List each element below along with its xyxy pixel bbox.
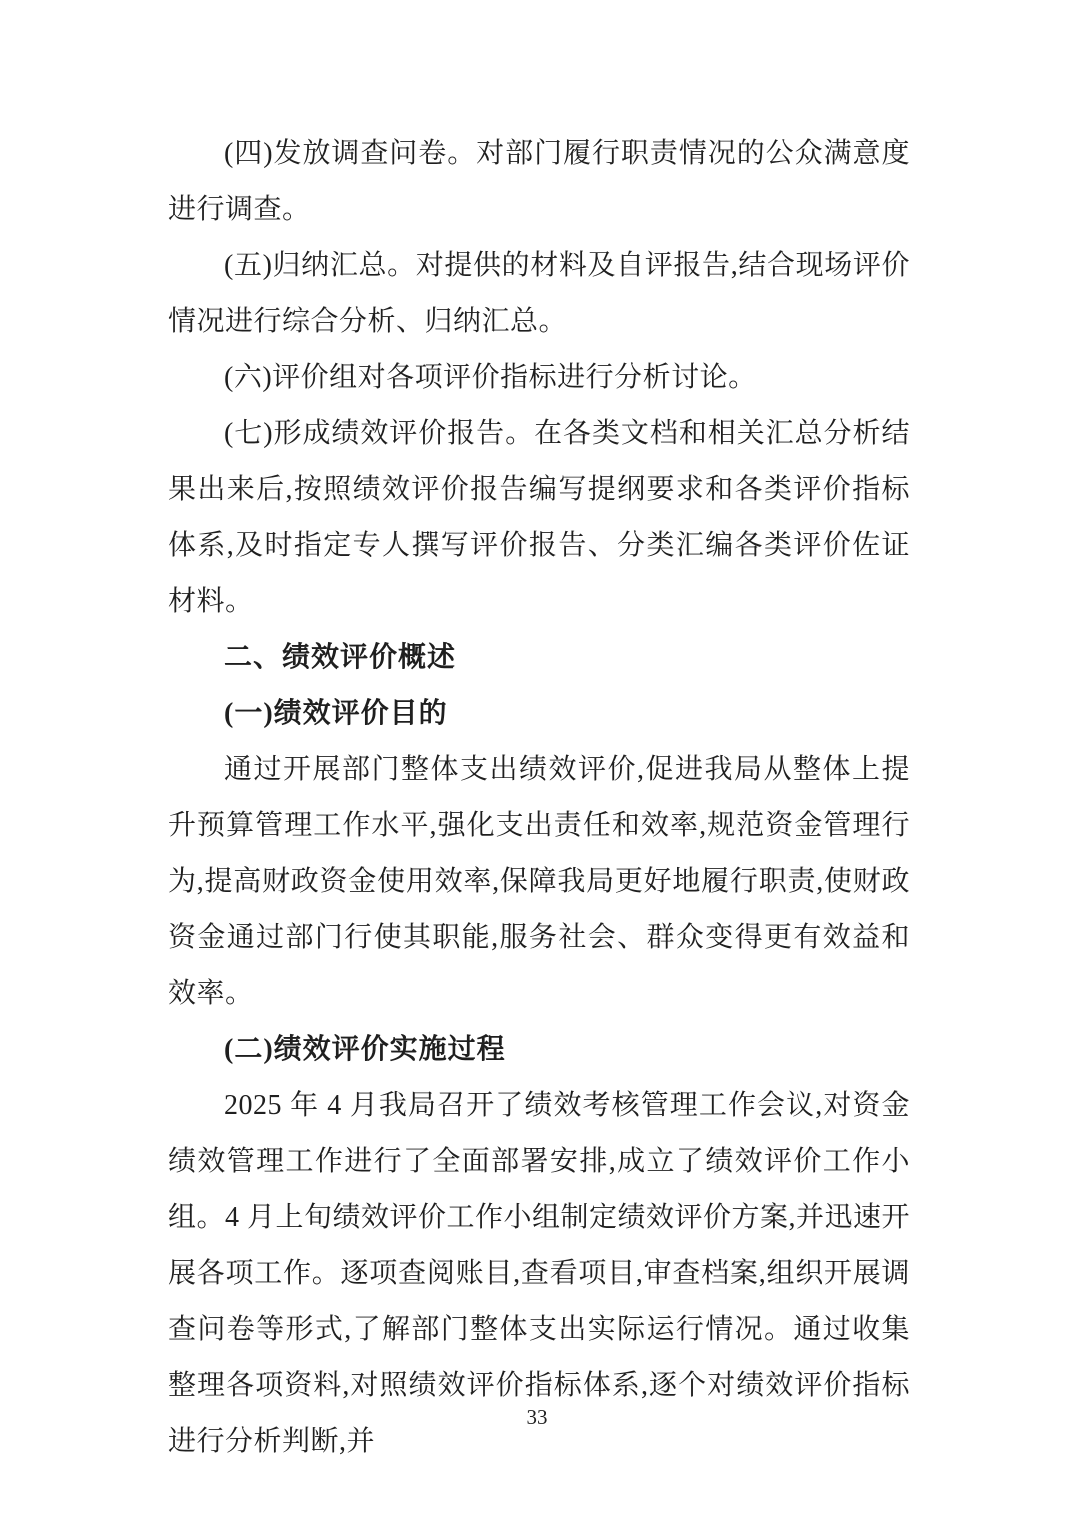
body-paragraph: (四)发放调查问卷。对部门履行职责情况的公众满意度进行调查。 (168, 126, 910, 238)
body-paragraph: (七)形成绩效评价报告。在各类文档和相关汇总分析结果出来后,按照绩效评价报告编写… (168, 406, 910, 630)
page-number: 33 (0, 1402, 1074, 1432)
section-heading: 二、绩效评价概述 (168, 630, 910, 686)
section-heading: (一)绩效评价目的 (168, 686, 910, 742)
body-paragraph: (六)评价组对各项评价指标进行分析讨论。 (168, 350, 910, 406)
section-heading: (二)绩效评价实施过程 (168, 1022, 910, 1078)
document-body: (四)发放调查问卷。对部门履行职责情况的公众满意度进行调查。(五)归纳汇总。对提… (168, 126, 910, 1470)
body-paragraph: (五)归纳汇总。对提供的材料及自评报告,结合现场评价情况进行综合分析、归纳汇总。 (168, 238, 910, 350)
document-page: (四)发放调查问卷。对部门履行职责情况的公众满意度进行调查。(五)归纳汇总。对提… (0, 0, 1074, 1520)
body-paragraph: 通过开展部门整体支出绩效评价,促进我局从整体上提升预算管理工作水平,强化支出责任… (168, 742, 910, 1022)
